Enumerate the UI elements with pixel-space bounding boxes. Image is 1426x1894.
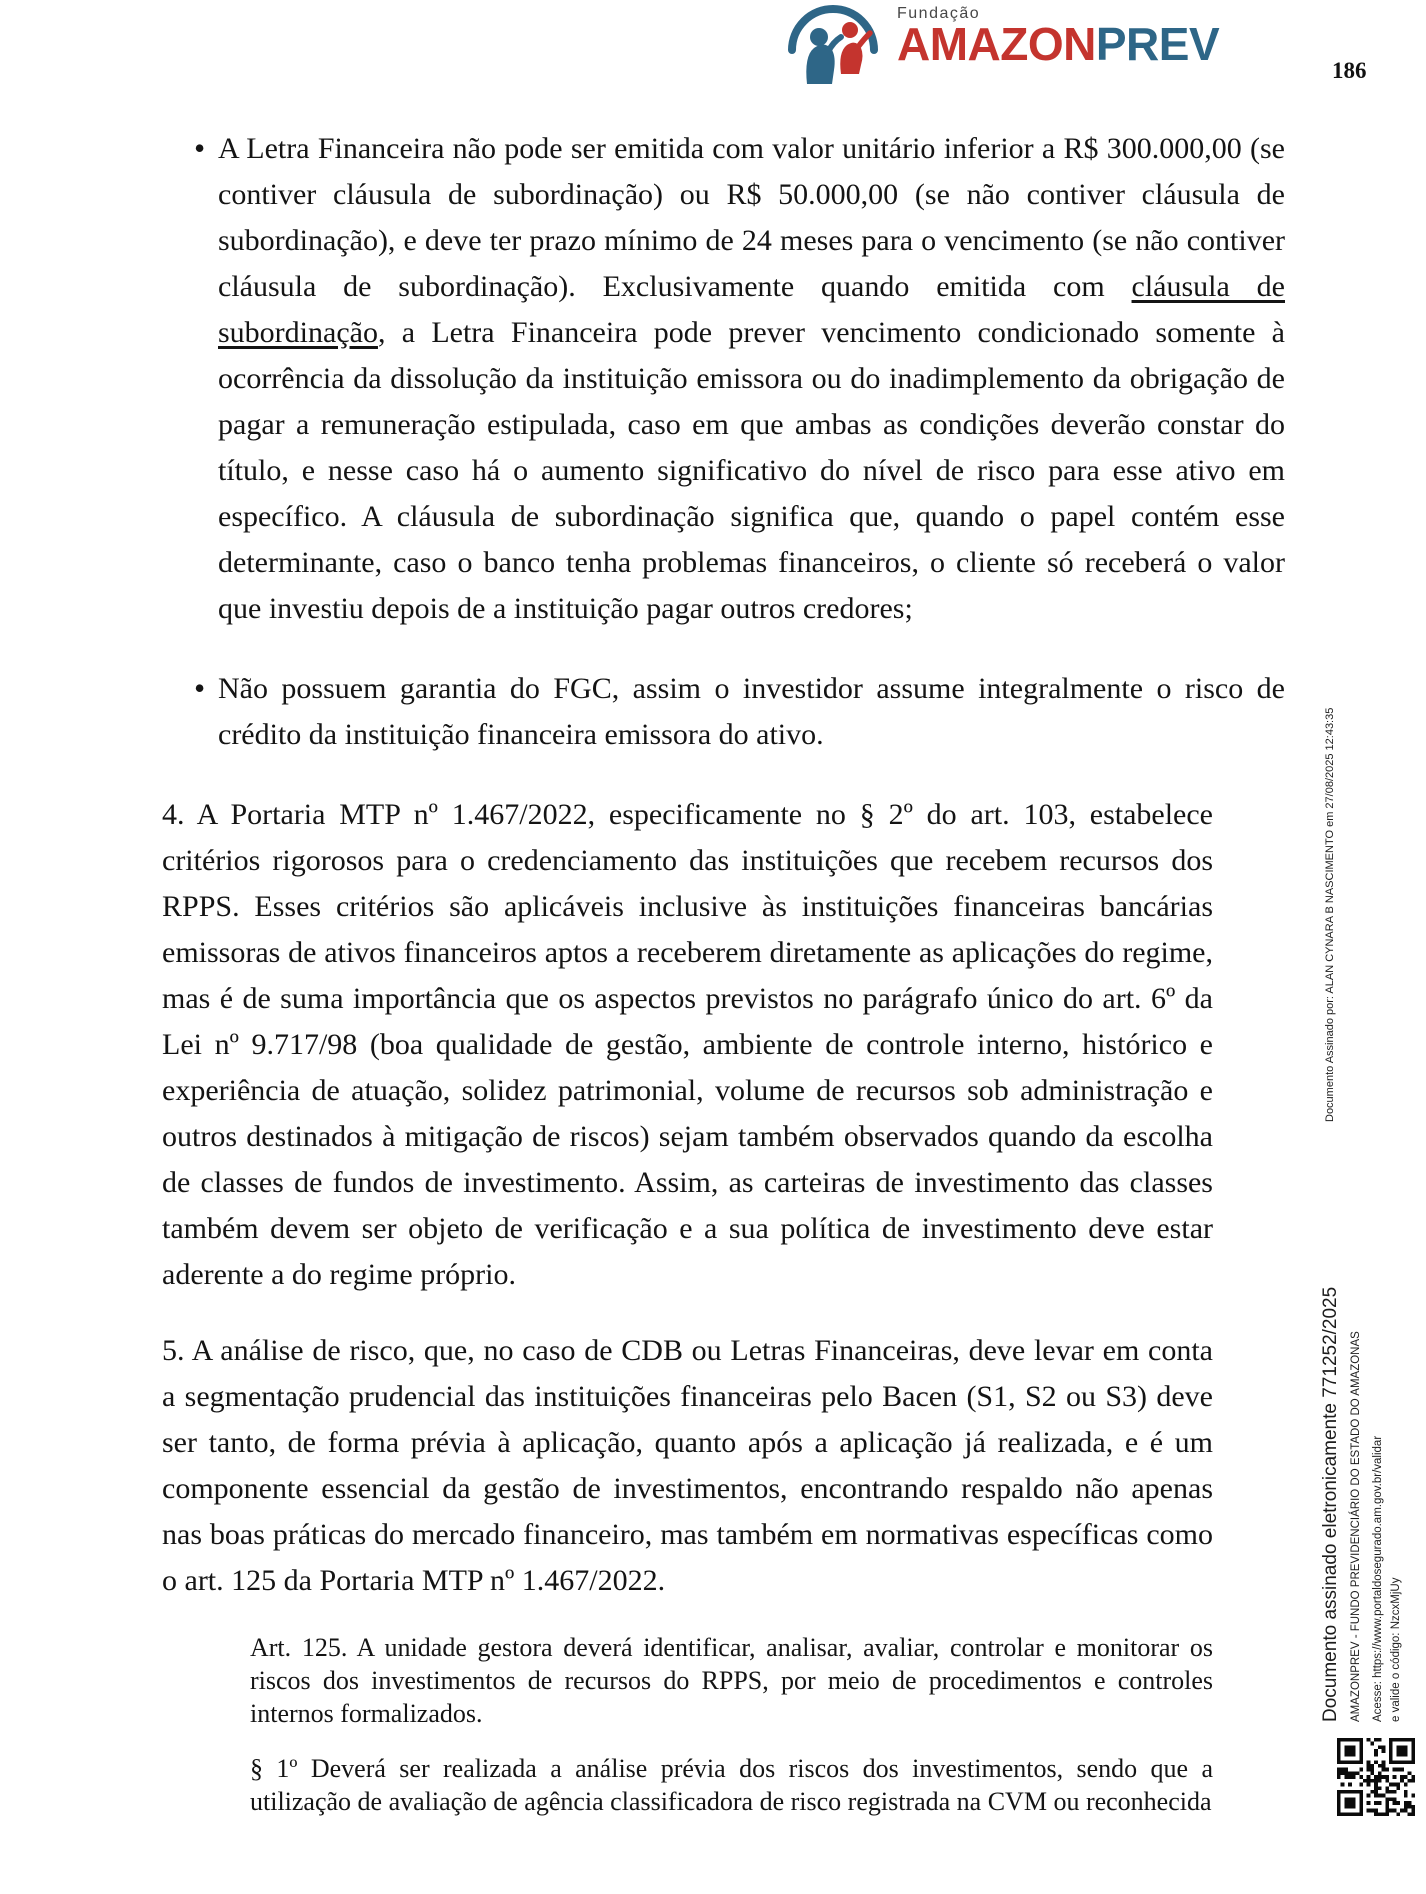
document-page: Fundação AMAZONPREV 186 A Letra Financei… <box>0 0 1426 1894</box>
paragraph-4: 4. A Portaria MTP nº 1.467/2022, especif… <box>162 792 1213 1298</box>
logo-name-amazon: AMAZON <box>897 18 1096 70</box>
amazonprev-logo-icon <box>786 2 880 86</box>
bullet-item-letra-financeira: A Letra Financeira não pode ser emitida … <box>218 126 1285 632</box>
amazonprev-logo-text: Fundação AMAZONPREV <box>897 5 1219 66</box>
quote-art-125: Art. 125. A unidade gestora deverá ident… <box>250 1631 1213 1730</box>
signature-access-url: Acesse: https://www.portaldosegurado.am.… <box>1372 1436 1384 1722</box>
signature-validate-code: e valide o código: NzcxMjUy <box>1390 1578 1402 1722</box>
bullet-2-text: Não possuem garantia do FGC, assim o inv… <box>218 672 1285 751</box>
page-number: 186 <box>1332 58 1367 84</box>
signature-main-text: Documento assinado eletronicamente 77125… <box>1320 1287 1342 1722</box>
bullet-item-fgc: Não possuem garantia do FGC, assim o inv… <box>218 666 1285 758</box>
logo-name: AMAZONPREV <box>897 22 1219 66</box>
document-body: A Letra Financeira não pode ser emitida … <box>162 126 1213 1818</box>
signature-entity: AMAZONPREV - FUNDO PREVIDENCIÁRIO DO EST… <box>1350 1331 1362 1722</box>
bullet-list: A Letra Financeira não pode ser emitida … <box>218 126 1285 758</box>
quote-paragraph-1: § 1º Deverá ser realizada a análise prév… <box>250 1752 1213 1818</box>
logo-name-prev: PREV <box>1096 18 1219 70</box>
signature-signed-by: Documento Assinado por: ALAN CYNARA B NA… <box>1324 708 1336 1122</box>
bullet-1-text-b: , a Letra Financeira pode prever vencime… <box>218 316 1285 625</box>
paragraph-5: 5. A análise de risco, que, no caso de C… <box>162 1328 1213 1604</box>
bullet-1-text-a: A Letra Financeira não pode ser emitida … <box>218 132 1285 303</box>
qr-code <box>1337 1738 1415 1816</box>
